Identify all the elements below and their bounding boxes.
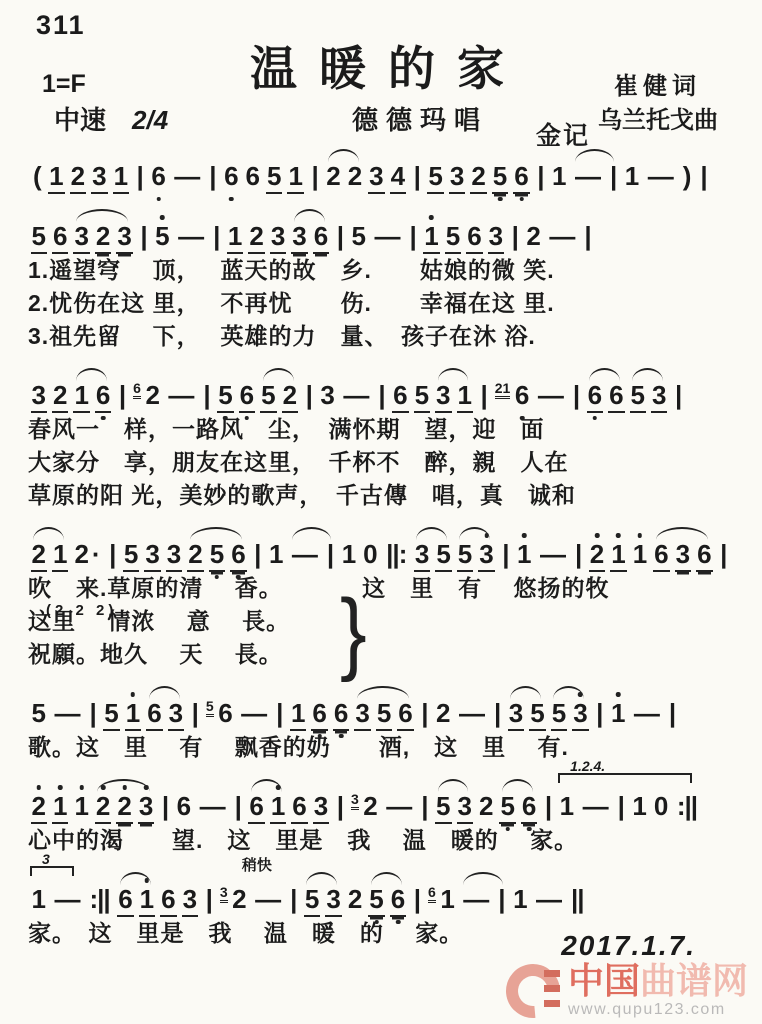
note: 2: [470, 162, 486, 194]
octave-dot-below: [236, 575, 241, 580]
note: 2: [95, 792, 111, 824]
note: 2: [478, 792, 494, 822]
note: 1: [610, 699, 626, 729]
music-line: 3216|62—|5652|3—|6531|216—|6653|: [28, 361, 742, 413]
barline: |: [305, 381, 313, 411]
note: 1: [227, 222, 243, 254]
system: 212·|533256|1—|10||:3553|1—|211636|吹 来.草…: [28, 520, 742, 671]
slur-group: 35: [505, 699, 548, 731]
note-group: 34|53256|1: [366, 162, 570, 194]
octave-dot-below: [317, 734, 322, 739]
slur-group: 223: [92, 792, 156, 824]
slur-group: 36: [289, 222, 332, 254]
note: 5: [492, 162, 508, 194]
slur-group: 636: [651, 540, 715, 572]
music-symbol: —: [633, 699, 660, 729]
watermark-url: www.qupu123.com: [568, 1002, 748, 1018]
composer-credit: 乌兰托戈曲: [598, 104, 718, 138]
note: 5: [31, 699, 47, 729]
barline: |: [511, 222, 519, 252]
music-symbol: —: [373, 222, 400, 252]
slur-group: 16: [71, 381, 114, 413]
slur-group: 356: [352, 699, 416, 731]
barline: |: [208, 162, 216, 192]
augmentation-dot: ·: [92, 539, 101, 569]
note: 2: [362, 792, 378, 822]
barline: |: [88, 699, 96, 729]
note: 5: [630, 381, 646, 413]
note: 6: [146, 699, 162, 731]
slur-group: 56: [366, 885, 409, 917]
slur-group: —|: [458, 885, 509, 915]
volta-label: 3: [42, 852, 50, 866]
note: 3: [488, 222, 504, 254]
octave-dot-above: [145, 878, 150, 883]
barline: |: [479, 381, 487, 411]
note: 1: [341, 540, 357, 570]
barline: |: [289, 885, 297, 915]
note: 5: [209, 540, 225, 572]
barline: |: [719, 540, 727, 570]
octave-dot-above: [101, 785, 106, 790]
note: 6: [608, 381, 624, 413]
note: 1: [31, 885, 47, 915]
grace-note: 6: [133, 381, 141, 399]
note: 1: [610, 540, 626, 572]
slur-group: 53: [627, 381, 670, 413]
barline: |: [609, 162, 617, 192]
tempo-annotation: 稍快: [242, 858, 272, 873]
note-group: 31—: [28, 885, 84, 915]
note: 4: [390, 162, 406, 194]
note-group: 10||:: [338, 540, 411, 570]
note-group: |5—|1563|2—|: [332, 222, 596, 254]
key-signature: 1=F: [42, 70, 86, 99]
barline: |: [572, 381, 580, 411]
note: 5: [376, 699, 392, 731]
note: 2: [187, 540, 203, 572]
note: 6: [217, 699, 233, 729]
note: 3: [182, 885, 198, 917]
slur-group: 53: [548, 699, 591, 731]
octave-dot-above: [595, 533, 600, 538]
grace-note: 3: [351, 792, 359, 810]
note: 6: [521, 792, 537, 824]
slur-group: 63: [144, 699, 187, 731]
grace-note: 21: [495, 381, 511, 399]
octave-dot-above: [638, 533, 643, 538]
note: 2: [116, 792, 132, 824]
note: 3: [270, 222, 286, 254]
note: 5: [435, 792, 451, 824]
music-line: 211223|6—|6163|32—|53256|1.2.4.1—|10:||: [28, 772, 742, 824]
note-group: |: [540, 792, 556, 822]
note-group: 2: [344, 885, 365, 915]
slur-group: 53: [454, 540, 497, 572]
slur-group: 35: [411, 540, 454, 572]
octave-dot-above: [616, 533, 621, 538]
barline: |: [408, 222, 416, 252]
note: 3: [435, 381, 451, 413]
barline: |: [413, 162, 421, 192]
music-line: 5—|5163|56—|166356|2—|3553|1—|: [28, 679, 742, 731]
music-symbol: —: [548, 222, 575, 252]
octave-dot-above: [79, 785, 84, 790]
octave-dot-below: [396, 920, 401, 925]
note: 6: [160, 885, 176, 917]
note-group: 1—)|: [621, 162, 711, 192]
note: 6: [239, 381, 255, 413]
barline: |: [497, 885, 505, 915]
barline: |: [205, 885, 213, 915]
note: 6: [248, 792, 264, 824]
note-group: (: [28, 162, 46, 192]
slur-group: 53: [433, 792, 476, 824]
slur-group: 52: [258, 381, 301, 413]
lyric-line: 这里 情浓 意 長。: [28, 605, 742, 638]
barline: :||: [676, 792, 698, 822]
note-group: |1: [249, 540, 287, 570]
note: 1: [139, 885, 155, 917]
note: 3: [91, 162, 107, 194]
note: 6: [117, 885, 133, 917]
logo-bars: [544, 970, 560, 1014]
octave-dot-below: [374, 920, 379, 925]
note: 1: [113, 162, 129, 194]
grace-note: 3: [220, 885, 228, 903]
note: 1: [551, 162, 567, 192]
octave-dot-below: [527, 827, 532, 832]
barline: ||:: [385, 540, 407, 570]
note: 6: [230, 540, 246, 572]
note: 2·: [73, 540, 101, 570]
note: 1: [624, 162, 640, 192]
note-group: |62—|56: [114, 381, 258, 413]
note-group: 1231|6—|6651|: [46, 162, 323, 194]
grace-note: 6: [428, 885, 436, 903]
slur-group: 256: [185, 540, 249, 572]
barline: |: [668, 699, 676, 729]
barline: |: [595, 699, 603, 729]
note: 3: [73, 222, 89, 254]
music-symbol: —: [582, 792, 609, 822]
octave-dot-above: [131, 692, 136, 697]
slur-group: 61: [115, 885, 158, 917]
date-annotation: 2017.1.7.: [561, 930, 696, 962]
octave-dot-above: [578, 692, 583, 697]
note: 5: [154, 222, 170, 252]
note: 2: [70, 162, 86, 194]
barline: |: [118, 381, 126, 411]
note: 6: [245, 162, 261, 192]
barline: |: [253, 540, 261, 570]
note: 5: [217, 381, 233, 413]
watermark-text: 中国曲谱网 www.qupu123.com: [568, 963, 748, 1018]
octave-dot-below: [498, 197, 503, 202]
barline: |: [493, 699, 501, 729]
note: 5: [351, 222, 367, 252]
music-symbol: —: [167, 381, 194, 411]
note: 3: [31, 381, 47, 413]
note-group: |5—|123: [135, 222, 288, 254]
barline: |: [310, 162, 318, 192]
octave-dot-above: [122, 785, 127, 790]
note: 2: [282, 381, 298, 413]
note: 5: [551, 699, 567, 731]
music-symbol: —: [535, 885, 562, 915]
octave-dot-below: [223, 416, 228, 421]
note: 1: [125, 699, 141, 731]
music-symbol: —: [462, 885, 489, 915]
lyricist-credit: 崔健词: [598, 70, 718, 104]
note: 6: [223, 162, 239, 192]
octave-dot-above: [616, 692, 621, 697]
note: 2: [31, 792, 47, 824]
note-group: 56: [28, 222, 71, 254]
note: 1: [559, 792, 575, 822]
slur-group: 61: [246, 792, 289, 824]
note: 2: [347, 885, 363, 915]
note: 3: [166, 540, 182, 572]
system: (1231|6—|6651|2234|53256|1—|1—)|: [28, 142, 742, 194]
tempo-row: 中速2/4: [54, 100, 168, 137]
note: 5: [304, 885, 320, 917]
note: 5: [260, 381, 276, 413]
note-group: |1—|: [591, 699, 680, 729]
note: 1: [631, 792, 647, 822]
note-group: |1—|211: [497, 540, 650, 572]
music-symbol: —: [537, 381, 564, 411]
music-symbol: ): [682, 162, 692, 192]
note: 6: [696, 540, 712, 572]
music-symbol: —: [539, 540, 566, 570]
note: 2: [347, 162, 363, 192]
octave-dot-above: [429, 215, 434, 220]
note: 1: [52, 792, 68, 824]
music-line: 56323|5—|12336|5—|1563|2—|: [28, 202, 742, 254]
music-symbol: —: [53, 699, 80, 729]
lyric-line: 歌。这 里 有 飘香的奶 酒, 这 里 有.: [28, 731, 742, 764]
note: 6: [52, 222, 68, 254]
note: 3: [414, 540, 430, 572]
note-group: 32: [28, 381, 71, 413]
note-group: |6—|: [157, 792, 246, 822]
note-group: 稍快2—: [229, 885, 285, 915]
lyric-line: 祝願。地久 天 長。: [28, 638, 742, 671]
note-group: |: [715, 540, 731, 570]
system: 56323|5—|12336|5—|1563|2—|1.遥望穹 顶， 蓝天的故 …: [28, 202, 742, 353]
barline: |: [420, 792, 428, 822]
barline: |: [420, 699, 428, 729]
note: 6: [311, 699, 327, 731]
barline: |: [336, 222, 344, 252]
note: 6: [390, 885, 406, 917]
barline: :||: [88, 885, 110, 915]
barline: |: [574, 540, 582, 570]
note-group: 5—|51: [28, 699, 144, 731]
note: 2: [95, 222, 111, 254]
note: 6: [513, 162, 529, 194]
note-group: |: [670, 381, 686, 411]
note: 5: [529, 699, 545, 731]
note: 1: [632, 540, 648, 570]
music-symbol: —: [254, 885, 281, 915]
note: 2: [231, 885, 247, 915]
note: 5: [427, 162, 443, 194]
note: 6: [587, 381, 603, 413]
note: 0: [362, 540, 378, 570]
note-group: 63|32—|: [289, 792, 433, 824]
octave-dot-below: [505, 827, 510, 832]
note: 6: [333, 699, 349, 731]
octave-dot-below: [520, 416, 525, 421]
note: 5: [31, 222, 47, 254]
note: 1: [457, 381, 473, 413]
music-symbol: —: [385, 792, 412, 822]
note: 6: [397, 699, 413, 731]
note: 5: [266, 162, 282, 194]
note-group: 63|3: [158, 885, 229, 917]
note: 2: [525, 222, 541, 252]
slur-group: 22: [323, 162, 366, 192]
system: 5—|5163|56—|166356|2—|3553|1—|歌。这 里 有 飘香…: [28, 679, 742, 764]
barline: |: [536, 162, 544, 192]
grace-note: 5: [206, 699, 214, 717]
note: 5: [414, 381, 430, 413]
slur-group: 53: [301, 885, 344, 917]
music-symbol: —: [53, 885, 80, 915]
note: 6: [291, 792, 307, 824]
credits: 崔健词 乌兰托戈曲: [598, 70, 718, 138]
note: 6: [514, 381, 530, 411]
barline: |: [501, 540, 509, 570]
note-group: |3—|65: [301, 381, 433, 413]
note: 3: [354, 699, 370, 731]
slur-group: 323: [71, 222, 135, 254]
lyric-line: 春风一 样，一路风 尘， 满怀期 望，迎 面: [28, 413, 742, 446]
barline: |: [161, 792, 169, 822]
barline: |: [139, 222, 147, 252]
note: 3: [168, 699, 184, 731]
qupu-logo-icon: [506, 962, 562, 1018]
note: 3: [572, 699, 588, 731]
note: 6: [392, 381, 408, 413]
note: 2: [589, 540, 605, 572]
octave-dot-below: [339, 734, 344, 739]
lyric-line: 2.忧伤在这 里， 不再忧 伤. 幸福在这 里.: [28, 287, 742, 320]
octave-dot-above: [160, 215, 165, 220]
slur-group: 56: [497, 792, 540, 824]
music-symbol: —: [458, 699, 485, 729]
note: 3: [144, 540, 160, 572]
lyric-line: 心中的渴 望. 这 里是 我 温 暖的 家。: [28, 824, 742, 857]
octave-dot-below: [229, 197, 234, 202]
lyric-line: 大家分 享，朋友在这里， 千杯不 醉，親 人在: [28, 446, 742, 479]
note: 3: [675, 540, 691, 572]
volta-bracket: 3: [30, 866, 74, 876]
slur-group: 31: [433, 381, 476, 413]
note-group: 1.2.4.1—|10:||: [556, 792, 702, 822]
note-group: |2—|: [416, 699, 505, 729]
note-group: 1—||: [510, 885, 589, 915]
music-symbol: —: [199, 792, 226, 822]
note: 3: [478, 540, 494, 572]
barline: |: [544, 792, 552, 822]
note: 3: [508, 699, 524, 731]
score-page: 311 1=F 中速2/4 温暖的家 德德玛唱 金记 崔健词 乌兰托戈曲 (12…: [0, 0, 762, 1024]
note: 5: [435, 540, 451, 572]
note: 2: [144, 381, 160, 411]
barline: |: [674, 381, 682, 411]
note: 3: [313, 792, 329, 824]
barline: |: [191, 699, 199, 729]
note: 6: [95, 381, 111, 413]
octave-dot-above: [484, 533, 489, 538]
octave-dot-below: [156, 197, 161, 202]
note: 6: [313, 222, 329, 254]
verse-brace: }: [340, 586, 367, 678]
note: 6: [150, 162, 166, 192]
note: 2: [248, 222, 264, 254]
barline: |: [336, 792, 344, 822]
alternate-notes-annotation: (2 2 2): [46, 602, 117, 619]
note: 2: [325, 162, 341, 192]
note: 5: [368, 885, 384, 917]
octave-dot-below: [593, 416, 598, 421]
note: 1: [287, 162, 303, 194]
note: 2: [52, 381, 68, 413]
note: 5: [445, 222, 461, 254]
music-symbol: —: [173, 162, 200, 192]
octave-dot-below: [519, 197, 524, 202]
volta-bracket: 1.2.4.: [558, 773, 692, 783]
slur-group: —|: [287, 540, 338, 570]
note: 1: [512, 885, 528, 915]
barline: |: [234, 792, 242, 822]
note: 1: [73, 381, 89, 413]
octave-dot-above: [58, 785, 63, 790]
barline: |: [617, 792, 625, 822]
note-group: :||: [84, 885, 114, 915]
note: 1: [48, 162, 64, 194]
system: 211223|6—|6163|32—|53256|1.2.4.1—|10:||心…: [28, 772, 742, 857]
octave-dot-above: [276, 785, 281, 790]
note: 3: [457, 792, 473, 824]
note: 3: [319, 381, 335, 411]
note: 3: [138, 792, 154, 824]
note: 3: [325, 885, 341, 917]
lyric-line: 1.遥望穹 顶， 蓝天的故 乡. 姑娘的微 笑.: [28, 254, 742, 287]
tempo-marking: 中速: [54, 105, 106, 135]
barline: |: [413, 885, 421, 915]
score-body: (1231|6—|6651|2234|53256|1—|1—)|56323|5—…: [28, 142, 742, 958]
slur-group: 21: [28, 540, 71, 572]
note-group: 211: [28, 792, 92, 824]
volta-label: 1.2.4.: [570, 759, 605, 773]
note: 1: [52, 540, 68, 572]
note: 3: [368, 162, 384, 194]
note-group: |216—|: [475, 381, 584, 411]
note-group: 2·|533: [71, 540, 185, 572]
barline: |: [275, 699, 283, 729]
barline: |: [326, 540, 334, 570]
music-line: (1231|6—|6651|2234|53256|1—|1—)|: [28, 142, 742, 194]
watermark: 中国曲谱网 www.qupu123.com: [506, 962, 748, 1018]
music-symbol: —: [291, 540, 318, 570]
slur-group: —|: [570, 162, 621, 192]
barline: |: [699, 162, 707, 192]
music-symbol: —: [240, 699, 267, 729]
